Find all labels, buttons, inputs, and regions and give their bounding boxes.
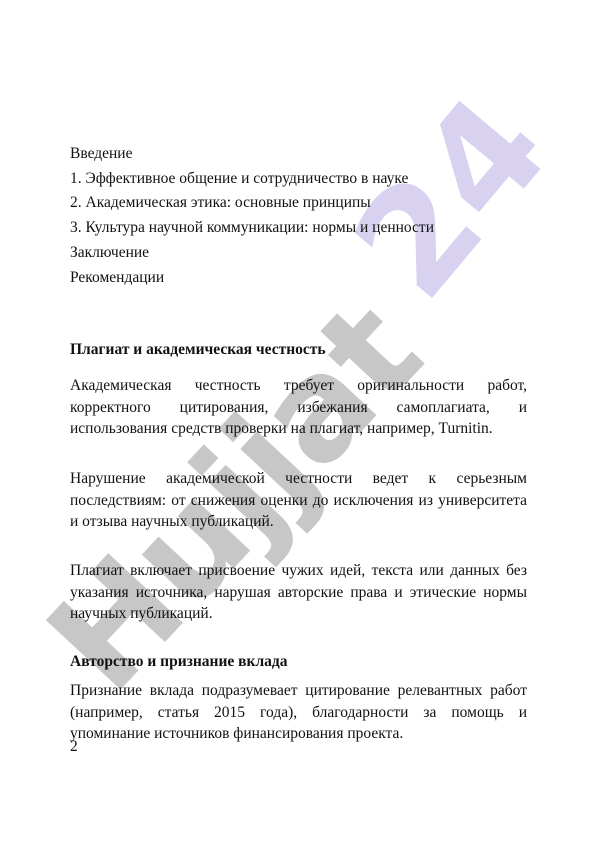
toc-item-3: 3. Культура научной коммуникации: нормы … [70,216,527,241]
paragraph-plagiarism-definition: Плагиат включает присвоение чужих идей, … [70,560,527,625]
document-page: Hujjat 24 Введение 1. Эффективное общени… [0,0,596,842]
page-number: 2 [70,736,78,758]
toc-item-2: 2. Академическая этика: основные принцип… [70,191,527,216]
toc-item-introduction: Введение [70,142,527,167]
table-of-contents: Введение 1. Эффективное общение и сотруд… [70,142,527,290]
toc-item-1: 1. Эффективное общение и сотрудничество … [70,167,527,192]
paragraph-integrity-violation-consequences: Нарушение академической честности ведет … [70,468,527,533]
paragraph-contribution-recognition: Признание вклада подразумевает цитирован… [70,680,527,745]
section-heading-authorship: Авторство и признание вклада [70,651,527,673]
section-heading-plagiarism: Плагиат и академическая честность [70,339,527,361]
toc-item-recommendations: Рекомендации [70,266,527,291]
document-content: Введение 1. Эффективное общение и сотруд… [70,0,527,842]
paragraph-academic-integrity-requirements: Академическая честность требует оригинал… [70,375,527,440]
toc-item-conclusion: Заключение [70,241,527,266]
